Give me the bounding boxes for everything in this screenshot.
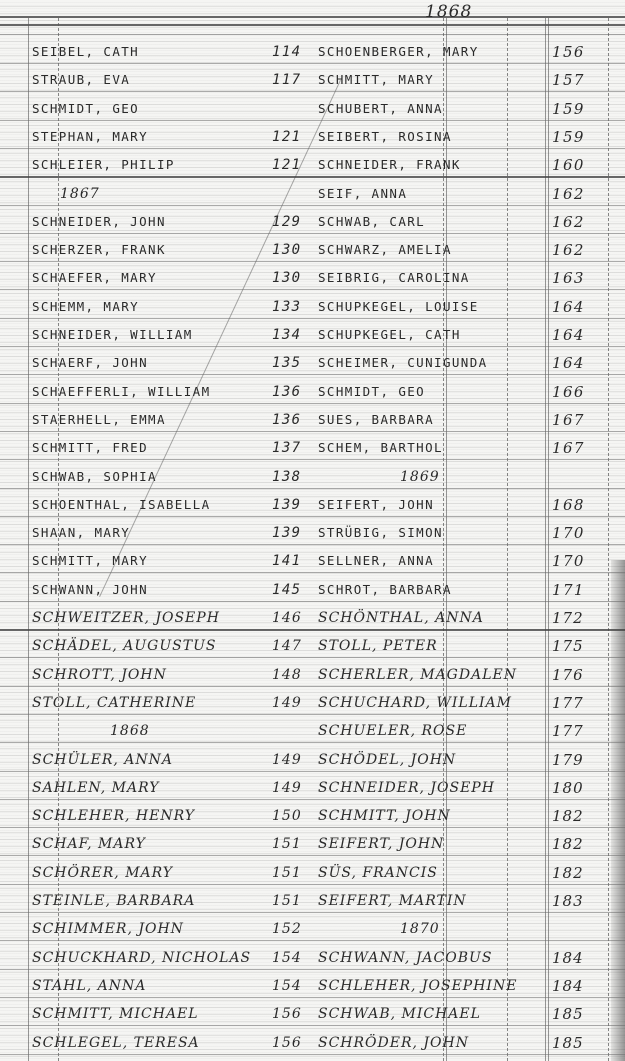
entry-number: 114 — [272, 40, 302, 64]
page-number: 159 — [552, 125, 585, 149]
entry-name-right: SCHEIMER, CUNIGUNDA — [318, 351, 488, 375]
entry-name-left: SCHLEIER, PHILIP — [32, 153, 175, 177]
entry-name-right: STOLL, PETER — [318, 634, 438, 658]
header-rule — [0, 34, 625, 35]
entry-name-right: SCHNEIDER, FRANK — [318, 153, 461, 177]
register-row: SCHNEIDER, WILLIAM134SCHUPKEGEL, CATH164 — [0, 323, 625, 347]
register-row: SCHAF, MARY151SEIFERT, JOHN182 — [0, 832, 625, 856]
entry-name-left: SCHAF, MARY — [32, 832, 146, 856]
row-rule — [0, 120, 625, 121]
entry-number: 148 — [272, 663, 302, 687]
entry-number: 150 — [272, 804, 302, 828]
row-rule — [0, 233, 625, 234]
entry-name-right: SCHÖNTHAL, ANNA — [318, 606, 484, 630]
page-number: 164 — [552, 323, 585, 347]
entry-number: 154 — [272, 946, 302, 970]
entry-name-left: STAERHELL, EMMA — [32, 408, 166, 432]
page-number: 182 — [552, 861, 584, 885]
page-number: 183 — [552, 889, 584, 913]
row-rule — [0, 940, 625, 941]
register-row: SCHNEIDER, JOHN129SCHWAB, CARL162 — [0, 210, 625, 234]
register-row: SEIBEL, CATH114SCHOENBERGER, MARY156 — [0, 40, 625, 64]
entry-number: 151 — [272, 889, 302, 913]
entry-number: 152 — [272, 917, 302, 941]
row-rule — [0, 205, 625, 206]
entry-name-right: SÜS, FRANCIS — [318, 861, 438, 885]
entry-name-right: SCHOENBERGER, MARY — [318, 40, 479, 64]
page-number: 162 — [552, 182, 585, 206]
page-number: 157 — [552, 68, 585, 92]
register-row: SCHMITT, FRED137SCHEM, BARTHOL167 — [0, 436, 625, 460]
entry-name-left: STEPHAN, MARY — [32, 125, 148, 149]
row-rule — [0, 912, 625, 913]
entry-name-left: SCHÜLER, ANNA — [32, 748, 173, 772]
page-number: 180 — [552, 776, 584, 800]
row-rule — [0, 403, 625, 404]
page-number: 177 — [552, 691, 584, 715]
register-row: SCHMITT, MICHAEL156SCHWAB, MICHAEL185 — [0, 1002, 625, 1026]
register-row: SCHLEGEL, TERESA156SCHRÖDER, JOHN185 — [0, 1031, 625, 1055]
entry-name-right: SCHLEHER, JOSEPHINE — [318, 974, 517, 998]
row-rule — [0, 771, 625, 772]
entry-name-left: SCHWANN, JOHN — [32, 578, 148, 602]
entry-number: 133 — [272, 295, 302, 319]
register-row: SCHERZER, FRANK130SCHWARZ, AMELIA162 — [0, 238, 625, 262]
entry-number: 121 — [272, 125, 302, 149]
register-row: SCHROTT, JOHN148SCHERLER, MAGDALEN176 — [0, 663, 625, 687]
row-rule — [0, 884, 625, 885]
entry-name-left: SCHERZER, FRANK — [32, 238, 166, 262]
row-rule — [0, 601, 625, 602]
register-row: STEINLE, BARBARA151SEIFERT, MARTIN183 — [0, 889, 625, 913]
page-number: 162 — [552, 210, 585, 234]
entry-number: 149 — [272, 748, 302, 772]
entry-number: 130 — [272, 238, 302, 262]
entry-number: 151 — [272, 832, 302, 856]
row-rule — [0, 657, 625, 658]
page-number: 170 — [552, 521, 585, 545]
register-row: STOLL, CATHERINE149SCHUCHARD, WILLIAM177 — [0, 691, 625, 715]
row-rule — [0, 855, 625, 856]
page-number: 167 — [552, 408, 585, 432]
entry-name-left: SCHOENTHAL, ISABELLA — [32, 493, 211, 517]
entry-name-left: SCHNEIDER, WILLIAM — [32, 323, 193, 347]
entry-name-right: SEIFERT, MARTIN — [318, 889, 467, 913]
register-row: SCHMIDT, GEOSCHUBERT, ANNA159 — [0, 97, 625, 121]
row-rule — [0, 148, 625, 149]
row-rule — [0, 969, 625, 970]
entry-name-right: SEIBRIG, CAROLINA — [318, 266, 470, 290]
row-rule — [0, 799, 625, 800]
header-rule — [0, 24, 625, 26]
register-row: SCHAEFER, MARY130SEIBRIG, CAROLINA163 — [0, 266, 625, 290]
entry-name-left: SEIBEL, CATH — [32, 40, 139, 64]
row-rule — [0, 289, 625, 290]
page-number: 185 — [552, 1031, 584, 1055]
register-row: STEPHAN, MARY121SEIBERT, ROSINA159 — [0, 125, 625, 149]
register-page: 1868 SEIBEL, CATH114SCHOENBERGER, MARY15… — [0, 0, 625, 1061]
entry-name-right: SCHMITT, MARY — [318, 68, 434, 92]
entry-name-right: SEIFERT, JOHN — [318, 493, 434, 517]
entry-name-right: SCHROT, BARBARA — [318, 578, 452, 602]
entry-name-right: SCHWANN, JACOBUS — [318, 946, 492, 970]
page-number: 182 — [552, 804, 584, 828]
page-number: 170 — [552, 549, 585, 573]
entry-name-left: SCHÄDEL, AUGUSTUS — [32, 634, 216, 658]
entry-name-left: SCHWEITZER, JOSEPH — [32, 606, 220, 630]
entry-name-left: STOLL, CATHERINE — [32, 691, 196, 715]
entry-number: 149 — [272, 776, 302, 800]
entry-name-left: SCHLEHER, HENRY — [32, 804, 195, 828]
register-row: SCHMITT, MARY141SELLNER, ANNA170 — [0, 549, 625, 573]
row-rule — [0, 261, 625, 262]
entry-name-right: SEIBERT, ROSINA — [318, 125, 452, 149]
entry-name-left: SCHMITT, MICHAEL — [32, 1002, 199, 1026]
register-row: STAHL, ANNA154SCHLEHER, JOSEPHINE184 — [0, 974, 625, 998]
entry-name-right: SCHWAB, MICHAEL — [318, 1002, 481, 1026]
entry-name-right: SELLNER, ANNA — [318, 549, 434, 573]
entry-number: 138 — [272, 465, 302, 489]
row-rule — [0, 91, 625, 92]
entry-number: 137 — [272, 436, 302, 460]
register-row: SAHLEN, MARY149SCHNEIDER, JOSEPH180 — [0, 776, 625, 800]
register-row: SCHAERF, JOHN135SCHEIMER, CUNIGUNDA164 — [0, 351, 625, 375]
register-row: 1868SCHUELER, ROSE177 — [0, 719, 625, 743]
register-row: SCHIMMER, JOHN1521870 — [0, 917, 625, 941]
entry-number: 146 — [272, 606, 302, 630]
page-number: 179 — [552, 748, 584, 772]
entry-name-left: SCHROTT, JOHN — [32, 663, 167, 687]
register-row: SCHLEHER, HENRY150SCHMITT, JOHN182 — [0, 804, 625, 828]
page-number: 172 — [552, 606, 584, 630]
entry-name-right: SEIF, ANNA — [318, 182, 407, 206]
register-row: SCHÄDEL, AUGUSTUS147STOLL, PETER175 — [0, 634, 625, 658]
row-rule — [0, 516, 625, 517]
row-rule — [0, 629, 625, 631]
entry-name-left: SHAAN, MARY — [32, 521, 130, 545]
entry-number: 139 — [272, 493, 302, 517]
entry-name-right: SCHUPKEGEL, LOUISE — [318, 295, 479, 319]
page-number: 176 — [552, 663, 584, 687]
entry-number: 156 — [272, 1002, 302, 1026]
row-rule — [0, 176, 625, 178]
page-number: 160 — [552, 153, 585, 177]
page-number: 185 — [552, 1002, 584, 1026]
entry-number: 139 — [272, 521, 302, 545]
entry-number: 134 — [272, 323, 302, 347]
row-rule — [0, 346, 625, 347]
row-rule — [0, 544, 625, 545]
entry-number: 129 — [272, 210, 302, 234]
row-rule — [0, 1054, 625, 1055]
entry-name-left: SCHMITT, MARY — [32, 549, 148, 573]
entry-number: 145 — [272, 578, 302, 602]
page-number: 163 — [552, 266, 585, 290]
entry-name-left: SCHMITT, FRED — [32, 436, 148, 460]
entry-number: 136 — [272, 380, 302, 404]
row-rule — [0, 686, 625, 687]
register-row: SCHWANN, JOHN145SCHROT, BARBARA171 — [0, 578, 625, 602]
entry-name-right: SCHÖDEL, JOHN — [318, 748, 456, 772]
entry-name-right: SCHMIDT, GEO — [318, 380, 425, 404]
entry-name-right: SCHWAB, CARL — [318, 210, 425, 234]
page-number: 166 — [552, 380, 585, 404]
page-number: 168 — [552, 493, 585, 517]
row-rule — [0, 374, 625, 375]
entry-name-left: SCHWAB, SOPHIA — [32, 465, 157, 489]
entry-number: 141 — [272, 549, 302, 573]
entry-name-left: STAHL, ANNA — [32, 974, 146, 998]
page-number: 171 — [552, 578, 585, 602]
entry-number: 151 — [272, 861, 302, 885]
entry-number: 147 — [272, 634, 302, 658]
register-row: SCHAEFFERLI, WILLIAM136SCHMIDT, GEO166 — [0, 380, 625, 404]
register-row: SCHLEIER, PHILIP121SCHNEIDER, FRANK160 — [0, 153, 625, 177]
page-number: 167 — [552, 436, 585, 460]
entry-name-left: SCHAERF, JOHN — [32, 351, 148, 375]
header-year: 1868 — [425, 2, 472, 22]
register-row: SCHÜLER, ANNA149SCHÖDEL, JOHN179 — [0, 748, 625, 772]
entry-name-left: SCHLEGEL, TERESA — [32, 1031, 200, 1055]
page-number: 175 — [552, 634, 584, 658]
row-rule — [0, 1025, 625, 1026]
page-number: 182 — [552, 832, 584, 856]
entry-name-left: SCHNEIDER, JOHN — [32, 210, 166, 234]
entry-number: 121 — [272, 153, 302, 177]
year-marker: 1868 — [110, 719, 150, 743]
entry-name-left: SCHIMMER, JOHN — [32, 917, 184, 941]
entry-name-right: STRÜBIG, SIMON — [318, 521, 443, 545]
entry-name-right: SCHNEIDER, JOSEPH — [318, 776, 495, 800]
register-row: 1867SEIF, ANNA162 — [0, 182, 625, 206]
entry-name-left: SCHEMM, MARY — [32, 295, 139, 319]
entry-number: 136 — [272, 408, 302, 432]
entry-name-left: STEINLE, BARBARA — [32, 889, 195, 913]
register-row: SCHEMM, MARY133SCHUPKEGEL, LOUISE164 — [0, 295, 625, 319]
row-rule — [0, 714, 625, 715]
page-number: 162 — [552, 238, 585, 262]
row-rule — [0, 318, 625, 319]
entry-name-right: SCHEM, BARTHOL — [318, 436, 443, 460]
entry-name-left: SCHÖRER, MARY — [32, 861, 173, 885]
register-row: SHAAN, MARY139STRÜBIG, SIMON170 — [0, 521, 625, 545]
entry-name-right: SCHRÖDER, JOHN — [318, 1031, 469, 1055]
year-marker: 1870 — [400, 917, 440, 941]
entry-name-right: SEIFERT, JOHN — [318, 832, 444, 856]
entry-number: 130 — [272, 266, 302, 290]
entry-name-right: SUES, BARBARA — [318, 408, 434, 432]
page-number: 156 — [552, 40, 585, 64]
page-number: 184 — [552, 974, 584, 998]
header-rule — [0, 16, 625, 18]
register-row: SCHUCKHARD, NICHOLAS154SCHWANN, JACOBUS1… — [0, 946, 625, 970]
page-number: 164 — [552, 295, 585, 319]
year-marker: 1869 — [400, 465, 440, 489]
entry-name-right: SCHUBERT, ANNA — [318, 97, 443, 121]
entry-name-right: SCHERLER, MAGDALEN — [318, 663, 517, 687]
entry-number: 154 — [272, 974, 302, 998]
row-rule — [0, 459, 625, 460]
entry-name-right: SCHUPKEGEL, CATH — [318, 323, 461, 347]
page-number: 184 — [552, 946, 584, 970]
row-rule — [0, 827, 625, 828]
register-row: STAERHELL, EMMA136SUES, BARBARA167 — [0, 408, 625, 432]
entry-name-left: SAHLEN, MARY — [32, 776, 159, 800]
entry-name-left: SCHAEFER, MARY — [32, 266, 157, 290]
row-rule — [0, 572, 625, 573]
entry-number: 135 — [272, 351, 302, 375]
register-row: SCHWEITZER, JOSEPH146SCHÖNTHAL, ANNA172 — [0, 606, 625, 630]
row-rule — [0, 63, 625, 64]
page-number: 164 — [552, 351, 585, 375]
entry-number: 149 — [272, 691, 302, 715]
year-marker: 1867 — [60, 182, 100, 206]
entry-name-left: STRAUB, EVA — [32, 68, 130, 92]
register-row: STRAUB, EVA117SCHMITT, MARY157 — [0, 68, 625, 92]
register-row: SCHWAB, SOPHIA1381869 — [0, 465, 625, 489]
row-rule — [0, 997, 625, 998]
register-row: SCHÖRER, MARY151SÜS, FRANCIS182 — [0, 861, 625, 885]
page-number: 159 — [552, 97, 585, 121]
entry-name-right: SCHMITT, JOHN — [318, 804, 451, 828]
row-rule — [0, 742, 625, 743]
row-rule — [0, 488, 625, 489]
entry-name-left: SCHAEFFERLI, WILLIAM — [32, 380, 211, 404]
page-number: 177 — [552, 719, 584, 743]
entry-number: 156 — [272, 1031, 302, 1055]
entry-name-left: SCHUCKHARD, NICHOLAS — [32, 946, 251, 970]
entry-name-right: SCHWARZ, AMELIA — [318, 238, 452, 262]
row-rule — [0, 431, 625, 432]
register-row: SCHOENTHAL, ISABELLA139SEIFERT, JOHN168 — [0, 493, 625, 517]
entry-number: 117 — [272, 68, 302, 92]
entry-name-right: SCHUELER, ROSE — [318, 719, 467, 743]
entry-name-right: SCHUCHARD, WILLIAM — [318, 691, 512, 715]
entry-name-left: SCHMIDT, GEO — [32, 97, 139, 121]
